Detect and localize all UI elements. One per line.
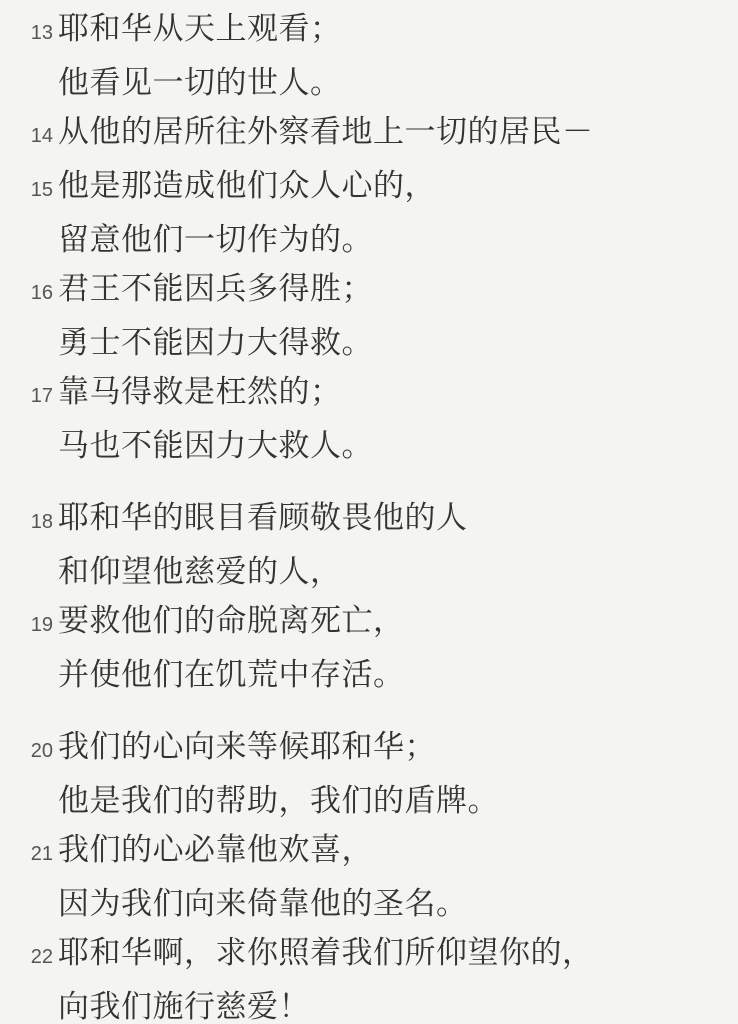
- verse-line: 22耶和华啊，求你照着我们所仰望你的，: [58, 928, 718, 982]
- verse-line: 马也不能因力大救人。: [58, 421, 718, 470]
- verse-text: 君王不能因兵多得胜；: [58, 271, 373, 306]
- verse-number: 14: [25, 112, 53, 161]
- verse-line: 15他是那造成他们众人心的，: [58, 161, 718, 215]
- verse-line: 并使他们在饥荒中存活。: [58, 650, 718, 699]
- verse-number: 15: [25, 166, 53, 215]
- verse-text: 勇士不能因力大得救。: [58, 325, 373, 360]
- verse-line: 14从他的居所往外察看地上一切的居民－: [58, 107, 718, 161]
- verse-line: 17靠马得救是枉然的；: [58, 367, 718, 421]
- verse-number: 18: [25, 498, 53, 547]
- verse-line: 16君王不能因兵多得胜；: [58, 264, 718, 318]
- verse-number: 13: [25, 9, 53, 58]
- verse-line: 因为我们向来倚靠他的圣名。: [58, 879, 718, 928]
- passage-text[interactable]: 13耶和华从天上观看；他看见一切的世人。14从他的居所往外察看地上一切的居民－1…: [0, 0, 738, 1024]
- verse-line: 勇士不能因力大得救。: [58, 318, 718, 367]
- verse-text: 我们的心向来等候耶和华；: [58, 729, 436, 764]
- verse-number: 21: [25, 830, 53, 879]
- verse-text: 和仰望他慈爱的人，: [58, 554, 342, 589]
- verse-text: 他是我们的帮助，我们的盾牌。: [58, 783, 499, 818]
- verse-line: 向我们施行慈爱！: [58, 982, 718, 1024]
- verse-line: 21我们的心必靠他欢喜，: [58, 825, 718, 879]
- verse-text: 耶和华啊，求你照着我们所仰望你的，: [58, 935, 594, 970]
- verse-line: 13耶和华从天上观看；: [58, 4, 718, 58]
- verse-line: 留意他们一切作为的。: [58, 215, 718, 264]
- verse-number: 20: [25, 727, 53, 776]
- verse-text: 我们的心必靠他欢喜，: [58, 832, 373, 867]
- verse-text: 留意他们一切作为的。: [58, 222, 373, 257]
- verse-line: 他是我们的帮助，我们的盾牌。: [58, 776, 718, 825]
- verse-text: 他是那造成他们众人心的，: [58, 168, 436, 203]
- verse-text: 因为我们向来倚靠他的圣名。: [58, 886, 468, 921]
- stanza: 20我们的心向来等候耶和华；他是我们的帮助，我们的盾牌。21我们的心必靠他欢喜，…: [58, 722, 718, 1024]
- verse-text: 从他的居所往外察看地上一切的居民－: [58, 114, 594, 149]
- verse-text: 靠马得救是枉然的；: [58, 374, 342, 409]
- verse-text: 马也不能因力大救人。: [58, 428, 373, 463]
- verse-number: 19: [25, 601, 53, 650]
- verse-number: 17: [25, 372, 53, 421]
- verse-number: 16: [25, 269, 53, 318]
- verse-line: 20我们的心向来等候耶和华；: [58, 722, 718, 776]
- verse-line: 19要救他们的命脱离死亡，: [58, 596, 718, 650]
- verse-text: 要救他们的命脱离死亡，: [58, 603, 405, 638]
- verse-text: 并使他们在饥荒中存活。: [58, 657, 405, 692]
- verse-number: 22: [25, 933, 53, 982]
- scripture-page: 13耶和华从天上观看；他看见一切的世人。14从他的居所往外察看地上一切的居民－1…: [0, 0, 738, 1024]
- stanza: 18耶和华的眼目看顾敬畏他的人和仰望他慈爱的人，19要救他们的命脱离死亡，并使他…: [58, 493, 718, 699]
- verse-text: 他看见一切的世人。: [58, 65, 342, 100]
- verse-text: 耶和华从天上观看；: [58, 11, 342, 46]
- verse-text: 耶和华的眼目看顾敬畏他的人: [58, 500, 468, 535]
- verse-text: 向我们施行慈爱！: [58, 989, 310, 1024]
- verse-line: 和仰望他慈爱的人，: [58, 547, 718, 596]
- verse-line: 他看见一切的世人。: [58, 58, 718, 107]
- verse-line: 18耶和华的眼目看顾敬畏他的人: [58, 493, 718, 547]
- stanza: 13耶和华从天上观看；他看见一切的世人。14从他的居所往外察看地上一切的居民－1…: [58, 4, 718, 470]
